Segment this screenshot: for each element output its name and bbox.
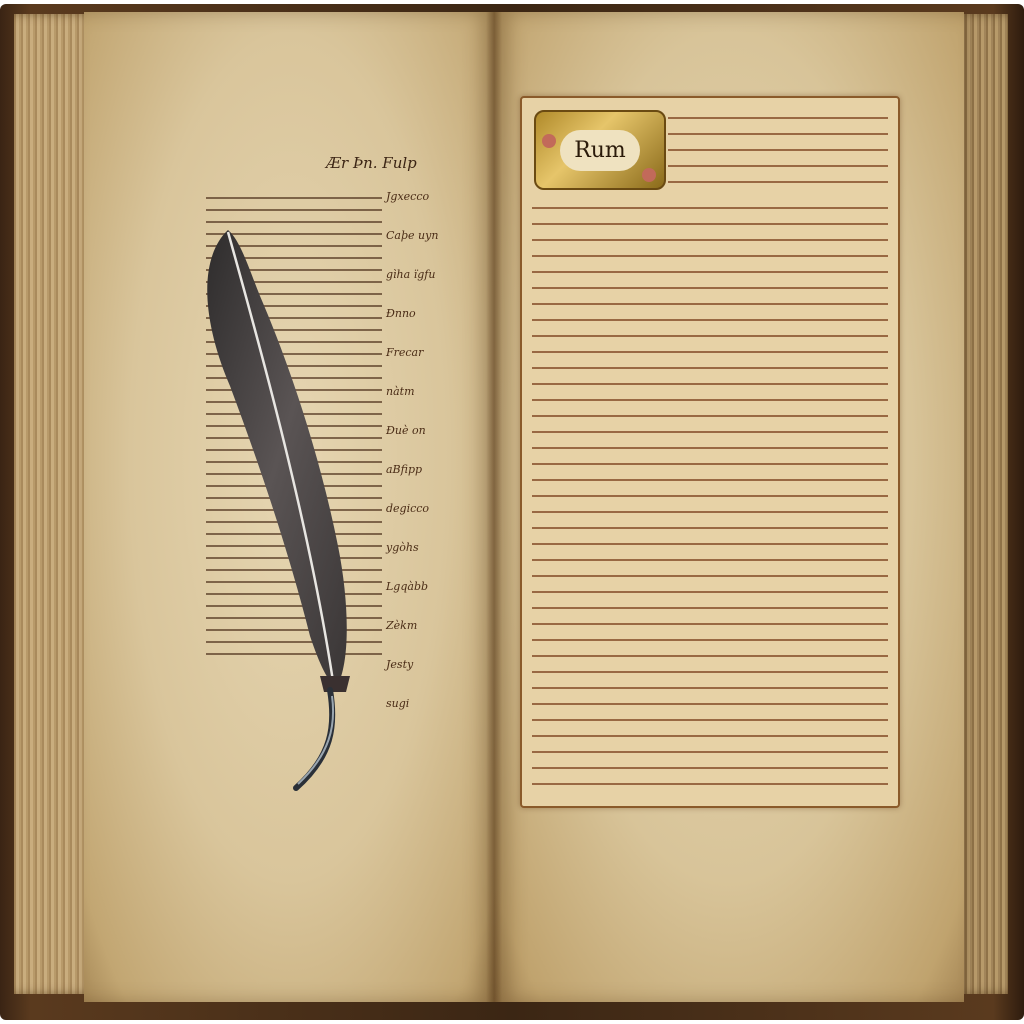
manuscript-sheet: Rum bbox=[520, 96, 900, 808]
rose-ornament-icon bbox=[542, 134, 556, 148]
open-book: Ær Þn. Fulp Jgxecco Caþe uyn gìha ïgfu Ð… bbox=[0, 4, 1024, 1020]
margin-note: aBfipp bbox=[386, 463, 466, 476]
margin-note: nàtm bbox=[386, 385, 466, 398]
margin-note: gìha ïgfu bbox=[386, 268, 466, 281]
quill-feather-icon bbox=[200, 226, 370, 796]
illuminated-initial-text: Rum bbox=[560, 130, 640, 171]
manuscript-text-lines-top bbox=[668, 108, 888, 194]
page-edges-right bbox=[958, 14, 1008, 994]
margin-note: ygòhs bbox=[386, 541, 466, 554]
margin-note: sugi bbox=[386, 697, 466, 710]
margin-note: Lgqàbb bbox=[386, 580, 466, 593]
illuminated-initial: Rum bbox=[534, 110, 666, 190]
margin-note: Caþe uyn bbox=[386, 229, 466, 242]
page-edges-left bbox=[14, 14, 94, 994]
left-page-heading: Ær Þn. Fulp bbox=[326, 154, 417, 172]
book-gutter bbox=[486, 12, 502, 1002]
margin-note: Ðuè on bbox=[386, 424, 466, 437]
margin-note: Jgxecco bbox=[386, 190, 466, 203]
left-page-margin-notes: Jgxecco Caþe uyn gìha ïgfu Ðnno Frecar n… bbox=[386, 190, 466, 660]
margin-note: Frecar bbox=[386, 346, 466, 359]
margin-note: Ðnno bbox=[386, 307, 466, 320]
margin-note: degicco bbox=[386, 502, 466, 515]
margin-note: Zèkm bbox=[386, 619, 466, 632]
rose-ornament-icon bbox=[642, 168, 656, 182]
manuscript-text-lines bbox=[532, 198, 888, 796]
margin-note: Jesty bbox=[386, 658, 466, 671]
